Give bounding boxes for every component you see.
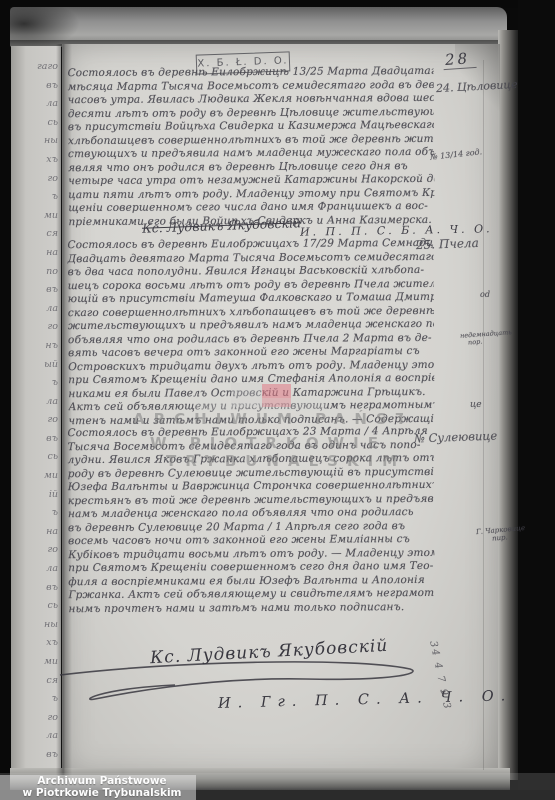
left-fragment: сь (14, 114, 58, 133)
left-fragment: ъ (14, 188, 58, 207)
archive-stamp: X. Б. Ł. D. O. (196, 51, 291, 74)
left-fragment: ны (14, 132, 58, 151)
center-watermark-line1: ARCHIWUM PAŃSTWOWE (133, 410, 403, 428)
left-fragment: въ (14, 281, 58, 300)
handwritten-line: нымъ прочтенъ нами и затѣмъ нами только … (68, 600, 434, 616)
left-fragment: ъ (14, 504, 58, 523)
left-fragment: ся (14, 672, 58, 691)
left-fragment: въ (14, 430, 58, 449)
page-number: 28 (442, 49, 476, 70)
archival-scan: гаговъласьныхъгоъмисянаповълагонъыйълаго… (0, 0, 555, 800)
left-fragment: ны (14, 616, 58, 635)
left-fragment: въ (14, 746, 58, 765)
left-fragment: ъ (14, 690, 58, 709)
left-fragment: ъ (14, 374, 58, 393)
left-fragment: на (14, 244, 58, 263)
left-fragment: ый (14, 356, 58, 375)
archive-watermark: Archiwum Państwowe w Piotrkowie Trybunal… (8, 776, 196, 799)
left-fragment: по (14, 263, 58, 282)
stacked-page-edges (498, 30, 520, 780)
left-fragment: ми (14, 207, 58, 226)
left-page-text-fragments: гаговъласьныхъгоъмисянаповълагонъыйълаго… (14, 58, 58, 765)
margin-note-small-3: пор. (468, 338, 483, 347)
left-fragment: гаго (14, 58, 58, 77)
highlight-gray-band (196, 398, 326, 411)
scan-border-right (518, 0, 555, 800)
left-fragment: го (14, 170, 58, 189)
left-fragment: ми (14, 467, 58, 486)
margin-note-ce: це (470, 400, 482, 410)
left-fragment: нъ (14, 337, 58, 356)
left-fragment: хъ (14, 151, 58, 170)
left-fragment: го (14, 709, 58, 728)
left-fragment: ла (14, 393, 58, 412)
left-fragment: ла (14, 300, 58, 319)
page-crease-line (483, 60, 484, 770)
margin-note-od: od (480, 290, 490, 299)
center-watermark-line2: W PIOTRKOWIE (150, 434, 410, 452)
archive-watermark-line1: Archiwum Państwowe (8, 776, 196, 788)
left-fragment: ся (14, 225, 58, 244)
left-fragment: го (14, 411, 58, 430)
left-fragment: го (14, 318, 58, 337)
center-watermark-line3: TRYBUNALSKIM (166, 452, 416, 470)
left-fragment: го (14, 541, 58, 560)
left-fragment: ла (14, 560, 58, 579)
scan-border-left (0, 0, 11, 800)
left-fragment: ла (14, 95, 58, 114)
margin-note-act25: 25. Пчела (416, 236, 479, 252)
left-fragment: ла (14, 727, 58, 746)
left-fragment: хъ (14, 634, 58, 653)
left-fragment: ій (14, 486, 58, 505)
left-fragment: сь (14, 448, 58, 467)
margin-note-small-5: пир. (492, 533, 508, 542)
left-fragment: сь (14, 597, 58, 616)
archive-watermark-line2: w Piotrkowie Trybunalskim (8, 788, 196, 800)
left-fragment: въ (14, 579, 58, 598)
left-fragment: ми (14, 653, 58, 672)
margin-note-sulejowice: № Сулеювице (414, 429, 498, 446)
left-fragment: на (14, 523, 58, 542)
left-fragment: въ (14, 77, 58, 96)
act-1-text: Состоялось въ деревнѣ Еилобржицѣ 13/25 М… (68, 65, 435, 229)
